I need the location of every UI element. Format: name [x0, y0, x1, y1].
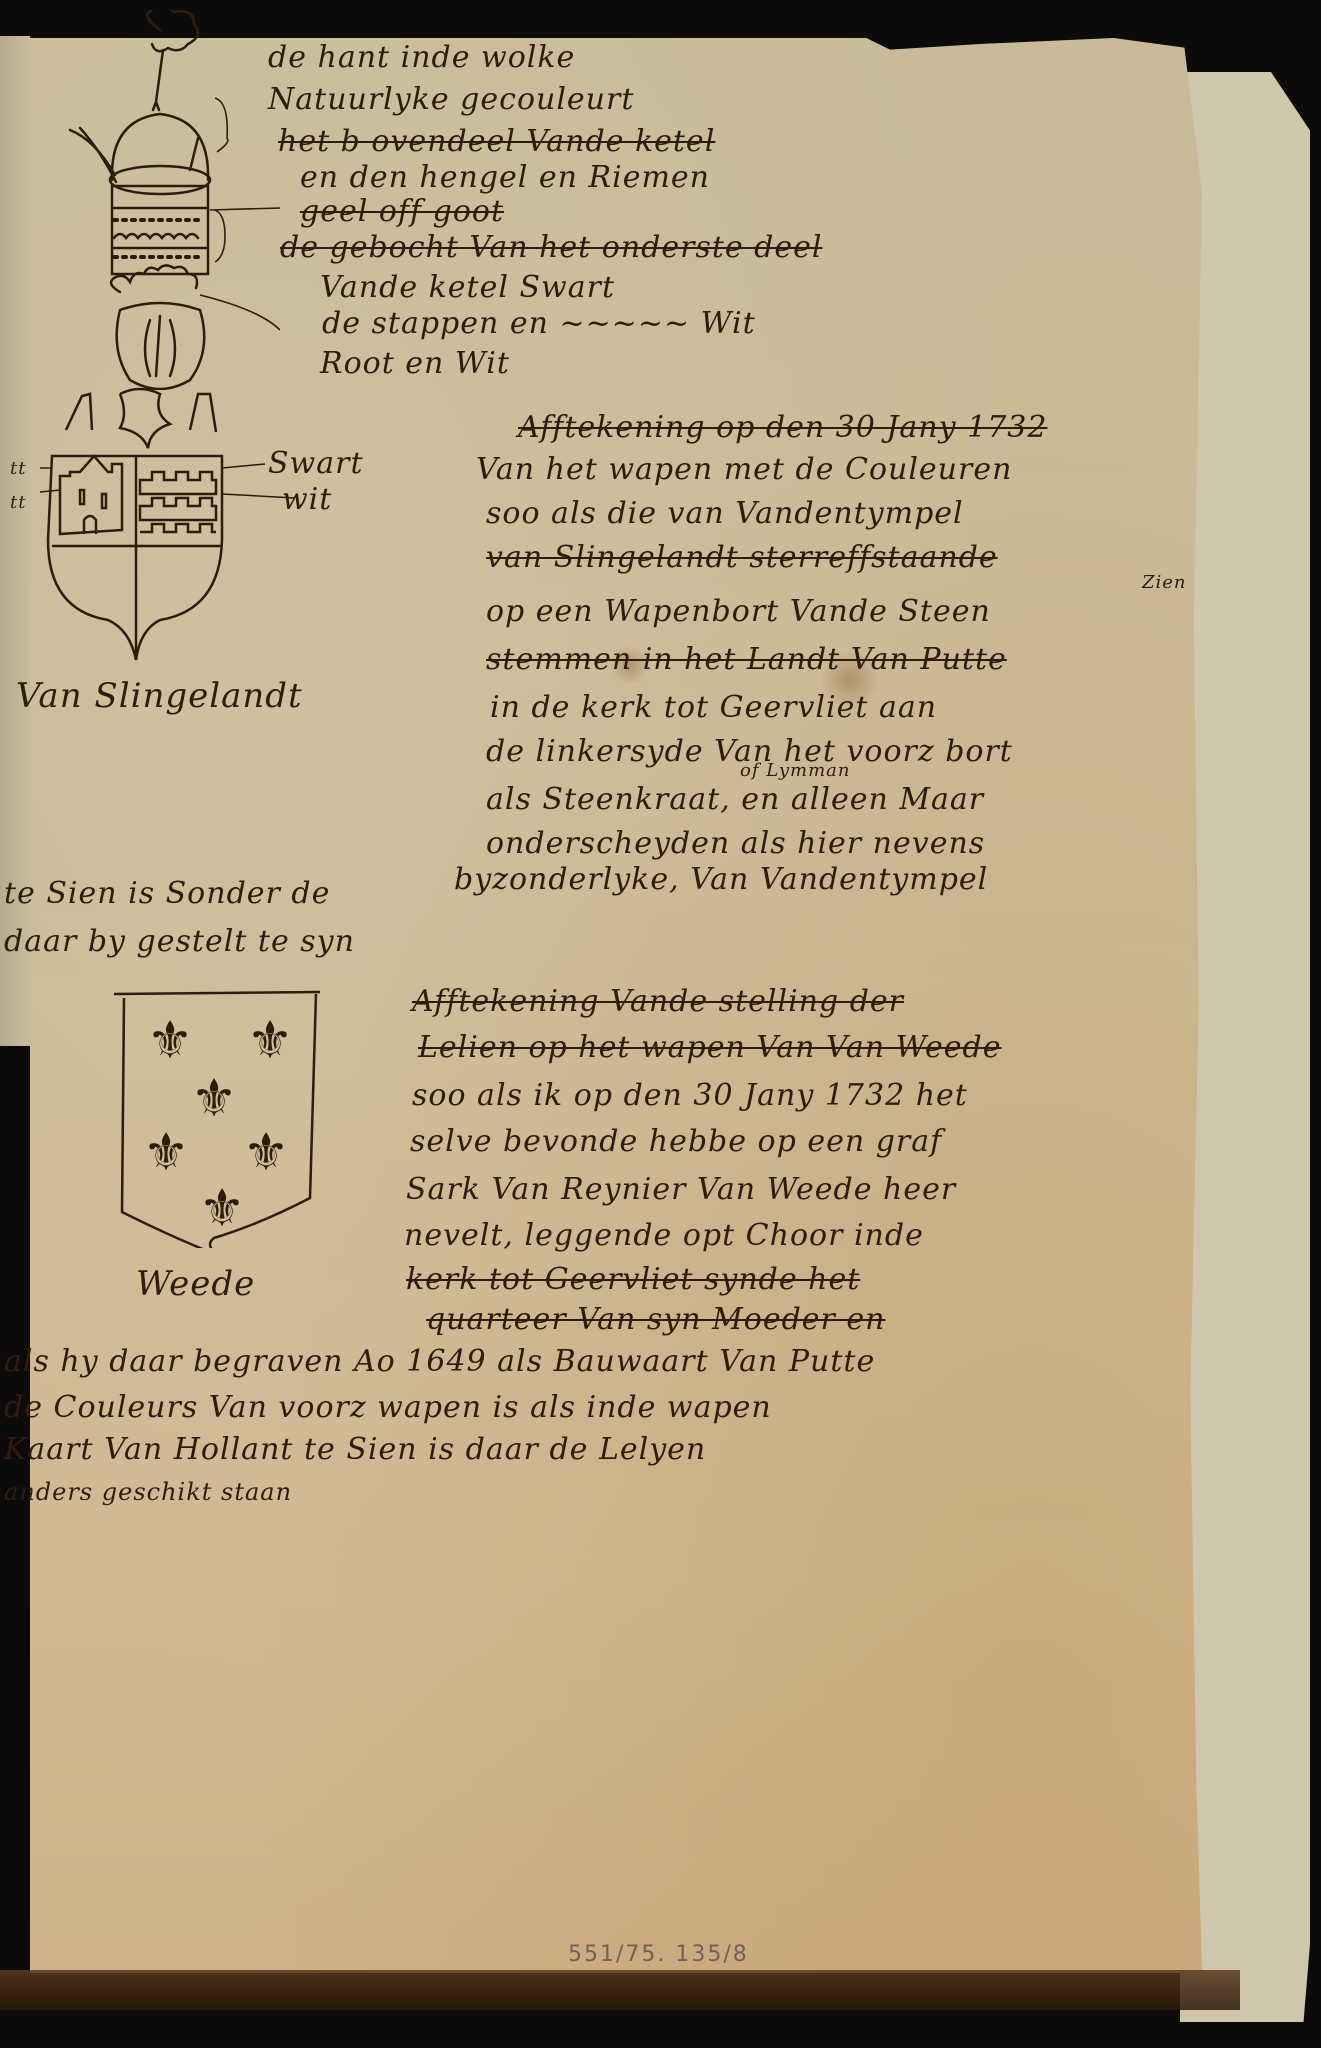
weede-shield-drawing: ⚜ ⚜ ⚜ ⚜ ⚜ ⚜	[110, 988, 330, 1248]
paragraph-1-line: in de kerk tot Geervliet aan	[490, 690, 937, 725]
bottom-line: als hy daar begraven Ao 1649 als Bauwaar…	[4, 1344, 875, 1379]
paragraph-2-line: selve bevonde hebbe op een graf	[410, 1124, 942, 1159]
paragraph-1-line: onderscheyden als hier nevens	[486, 826, 985, 861]
crest-note-line: het b ovendeel Vande ketel	[278, 124, 715, 159]
tincture-label-wit: wit	[282, 482, 332, 517]
continuation-right: byzonderlyke, Van Vandentympel	[454, 862, 988, 897]
crest-helmet-drawing	[40, 10, 280, 390]
margin-mark: tt	[10, 492, 26, 513]
svg-text:⚜: ⚜	[191, 1069, 238, 1129]
shield-caption-van-slingelandt: Van Slingelandt	[16, 676, 303, 716]
svg-text:⚜: ⚜	[199, 1179, 246, 1239]
pencil-archive-reference: 551/75. 135/8	[568, 1942, 749, 1967]
paragraph-1-line: Van het wapen met de Couleuren	[476, 452, 1012, 487]
continuation-left: te Sien is Sonder de	[4, 876, 330, 911]
crest-note-line: de stappen en ~~~~~ Wit	[322, 306, 756, 341]
crest-note-line: de hant inde wolke	[268, 40, 575, 75]
continuation-second: daar by gestelt te syn	[4, 924, 355, 959]
paragraph-1-line: als Steenkraat, en alleen Maar	[486, 782, 984, 817]
paragraph-2-line: soo als ik op den 30 Jany 1732 het	[412, 1078, 968, 1113]
paragraph-2-line: quarteer Van syn Moeder en	[426, 1302, 886, 1337]
bottom-line: Kaart Van Hollant te Sien is daar de Lel…	[4, 1432, 706, 1467]
bottom-line: de Couleurs Van voorz wapen is als inde …	[4, 1390, 772, 1425]
paragraph-1-line: Afftekening op den 30 Jany 1732	[518, 410, 1047, 445]
crest-note-line: en den hengel en Riemen	[300, 160, 710, 195]
fleur-de-lis-icons: ⚜ ⚜ ⚜ ⚜ ⚜ ⚜	[143, 1011, 294, 1239]
paragraph-2-line: nevelt, leggende opt Choor inde	[404, 1218, 924, 1253]
svg-text:⚜: ⚜	[243, 1123, 290, 1183]
paragraph-1-line: soo als die van Vandentympel	[486, 496, 964, 531]
svg-text:⚜: ⚜	[247, 1011, 294, 1071]
van-slingelandt-shield-drawing	[40, 380, 300, 680]
insertion-of-lymman: of Lymman	[740, 760, 851, 781]
crest-note-line: Natuurlyke gecouleurt	[268, 82, 634, 117]
paragraph-1-line: van Slingelandt sterreffstaande	[486, 540, 998, 575]
crest-note-line: Vande ketel Swart	[320, 270, 615, 305]
tincture-label-swart: Swart	[268, 446, 364, 481]
paragraph-2-line: Afftekening Vande stelling der	[412, 984, 904, 1019]
paragraph-2-line: kerk tot Geervliet synde het	[406, 1262, 860, 1297]
page-shadow	[0, 1970, 1240, 2010]
insertion-zien: Zien	[1142, 572, 1187, 593]
crest-note-line: Root en Wit	[320, 346, 510, 381]
shield-caption-weede: Weede	[136, 1264, 255, 1304]
paragraph-1-line: op een Wapenbort Vande Steen	[486, 594, 991, 629]
margin-mark: tt	[10, 458, 26, 479]
paragraph-2-line: Lelien op het wapen Van Van Weede	[418, 1030, 1002, 1065]
back-sheet	[1180, 72, 1310, 2022]
paragraph-1-line: stemmen in het Landt Van Putte	[486, 642, 1007, 677]
crest-note-line: geel off goot	[300, 194, 504, 229]
paragraph-2-line: Sark Van Reynier Van Weede heer	[406, 1172, 956, 1207]
svg-text:⚜: ⚜	[143, 1123, 190, 1183]
svg-text:⚜: ⚜	[147, 1011, 194, 1071]
bottom-line: anders geschikt staan	[4, 1478, 292, 1506]
crest-note-line: de gebocht Van het onderste deel	[280, 230, 822, 265]
